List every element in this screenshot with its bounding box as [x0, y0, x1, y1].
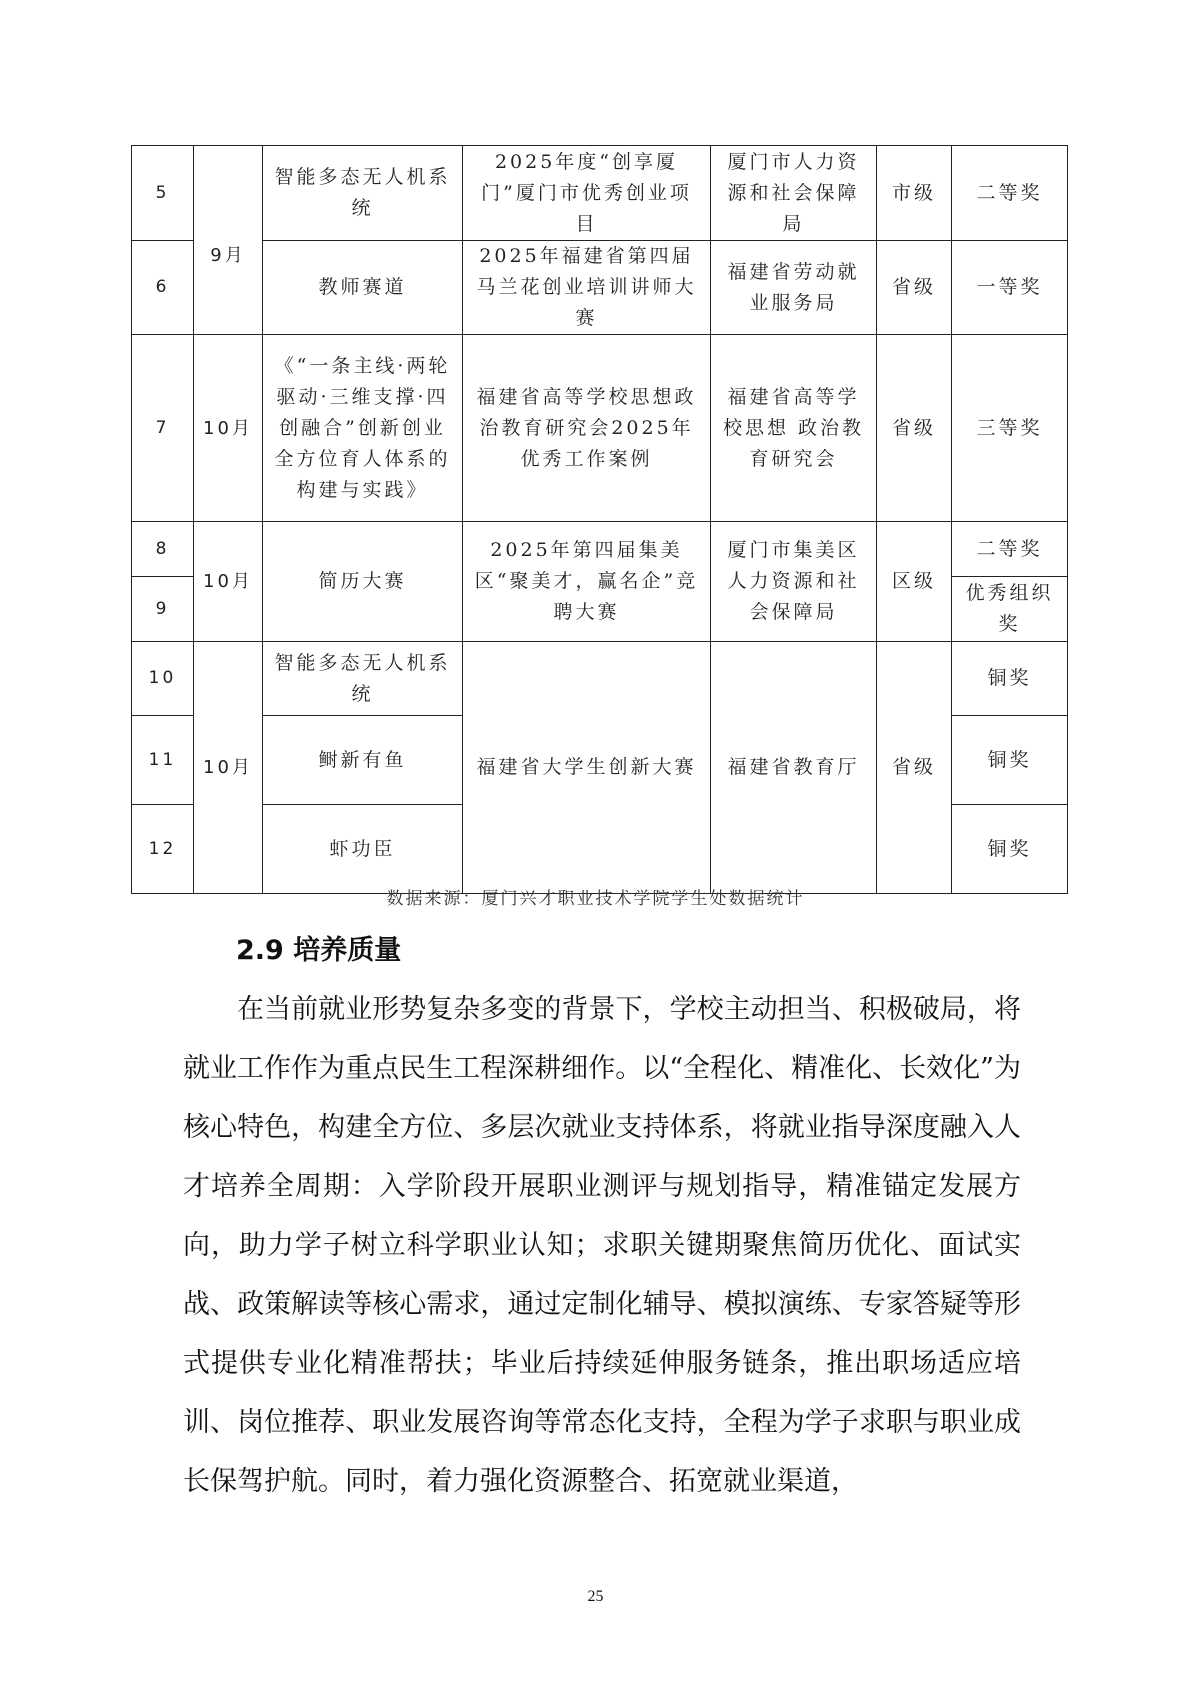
project-cell: 《“一条主线·两轮驱动·三维支撑·四创融合”创新创业全方位育人体系的构建与实践》	[263, 335, 463, 522]
month-cell: 10月	[194, 642, 263, 894]
level-cell: 省级	[877, 335, 952, 522]
month-cell: 9月	[194, 146, 263, 335]
organizer-cell: 福建省劳动就业服务局	[711, 241, 877, 335]
row-number: 8	[132, 522, 194, 577]
level-cell: 省级	[877, 241, 952, 335]
project-cell: 简历大赛	[263, 522, 463, 642]
level-cell: 市级	[877, 146, 952, 241]
month-cell: 10月	[194, 335, 263, 522]
project-cell: 智能多态无人机系统	[263, 146, 463, 241]
project-cell: 教师赛道	[263, 241, 463, 335]
project-cell: 鲥新有鱼	[263, 716, 463, 805]
organizer-cell: 厦门市集美区人力资源和社会保障局	[711, 522, 877, 642]
award-cell: 铜奖	[952, 716, 1068, 805]
row-number: 10	[132, 642, 194, 716]
project-cell: 智能多态无人机系统	[263, 642, 463, 716]
competition-cell: 福建省大学生创新大赛	[463, 642, 711, 894]
document-page: 5 9月 智能多态无人机系统 2025年度“创享厦门”厦门市优秀创业项目 厦门市…	[0, 0, 1191, 1684]
award-cell: 三等奖	[952, 335, 1068, 522]
award-cell: 优秀组织奖	[952, 577, 1068, 642]
level-cell: 省级	[877, 642, 952, 894]
page-number: 25	[0, 1588, 1191, 1606]
row-number: 9	[132, 577, 194, 642]
row-number: 7	[132, 335, 194, 522]
table-row: 7 10月 《“一条主线·两轮驱动·三维支撑·四创融合”创新创业全方位育人体系的…	[132, 335, 1068, 522]
awards-table: 5 9月 智能多态无人机系统 2025年度“创享厦门”厦门市优秀创业项目 厦门市…	[131, 145, 1068, 894]
award-cell: 铜奖	[952, 805, 1068, 894]
table-row: 10 10月 智能多态无人机系统 福建省大学生创新大赛 福建省教育厅 省级 铜奖	[132, 642, 1068, 716]
row-number: 11	[132, 716, 194, 805]
row-number: 6	[132, 241, 194, 335]
competition-cell: 2025年第四届集美区“聚美才，赢名企”竞聘大赛	[463, 522, 711, 642]
competition-cell: 福建省高等学校思想政治教育研究会2025年优秀工作案例	[463, 335, 711, 522]
award-cell: 一等奖	[952, 241, 1068, 335]
table-source-caption: 数据来源：厦门兴才职业技术学院学生处数据统计	[0, 884, 1191, 909]
organizer-cell: 福建省高等学校思想 政治教育研究会	[711, 335, 877, 522]
section-heading: 2.9 培养质量	[236, 928, 401, 967]
month-cell: 10月	[194, 522, 263, 642]
row-number: 5	[132, 146, 194, 241]
body-paragraph: 在当前就业形势复杂多变的背景下，学校主动担当、积极破局，将就业工作作为重点民生工…	[183, 980, 1021, 1511]
project-cell: 虾功臣	[263, 805, 463, 894]
row-number: 12	[132, 805, 194, 894]
award-cell: 铜奖	[952, 642, 1068, 716]
award-cell: 二等奖	[952, 146, 1068, 241]
table-row: 6 教师赛道 2025年福建省第四届马兰花创业培训讲师大赛 福建省劳动就业服务局…	[132, 241, 1068, 335]
competition-cell: 2025年福建省第四届马兰花创业培训讲师大赛	[463, 241, 711, 335]
organizer-cell: 厦门市人力资源和社会保障局	[711, 146, 877, 241]
organizer-cell: 福建省教育厅	[711, 642, 877, 894]
table-row: 5 9月 智能多态无人机系统 2025年度“创享厦门”厦门市优秀创业项目 厦门市…	[132, 146, 1068, 241]
table-row: 8 10月 简历大赛 2025年第四届集美区“聚美才，赢名企”竞聘大赛 厦门市集…	[132, 522, 1068, 577]
level-cell: 区级	[877, 522, 952, 642]
competition-cell: 2025年度“创享厦门”厦门市优秀创业项目	[463, 146, 711, 241]
award-cell: 二等奖	[952, 522, 1068, 577]
